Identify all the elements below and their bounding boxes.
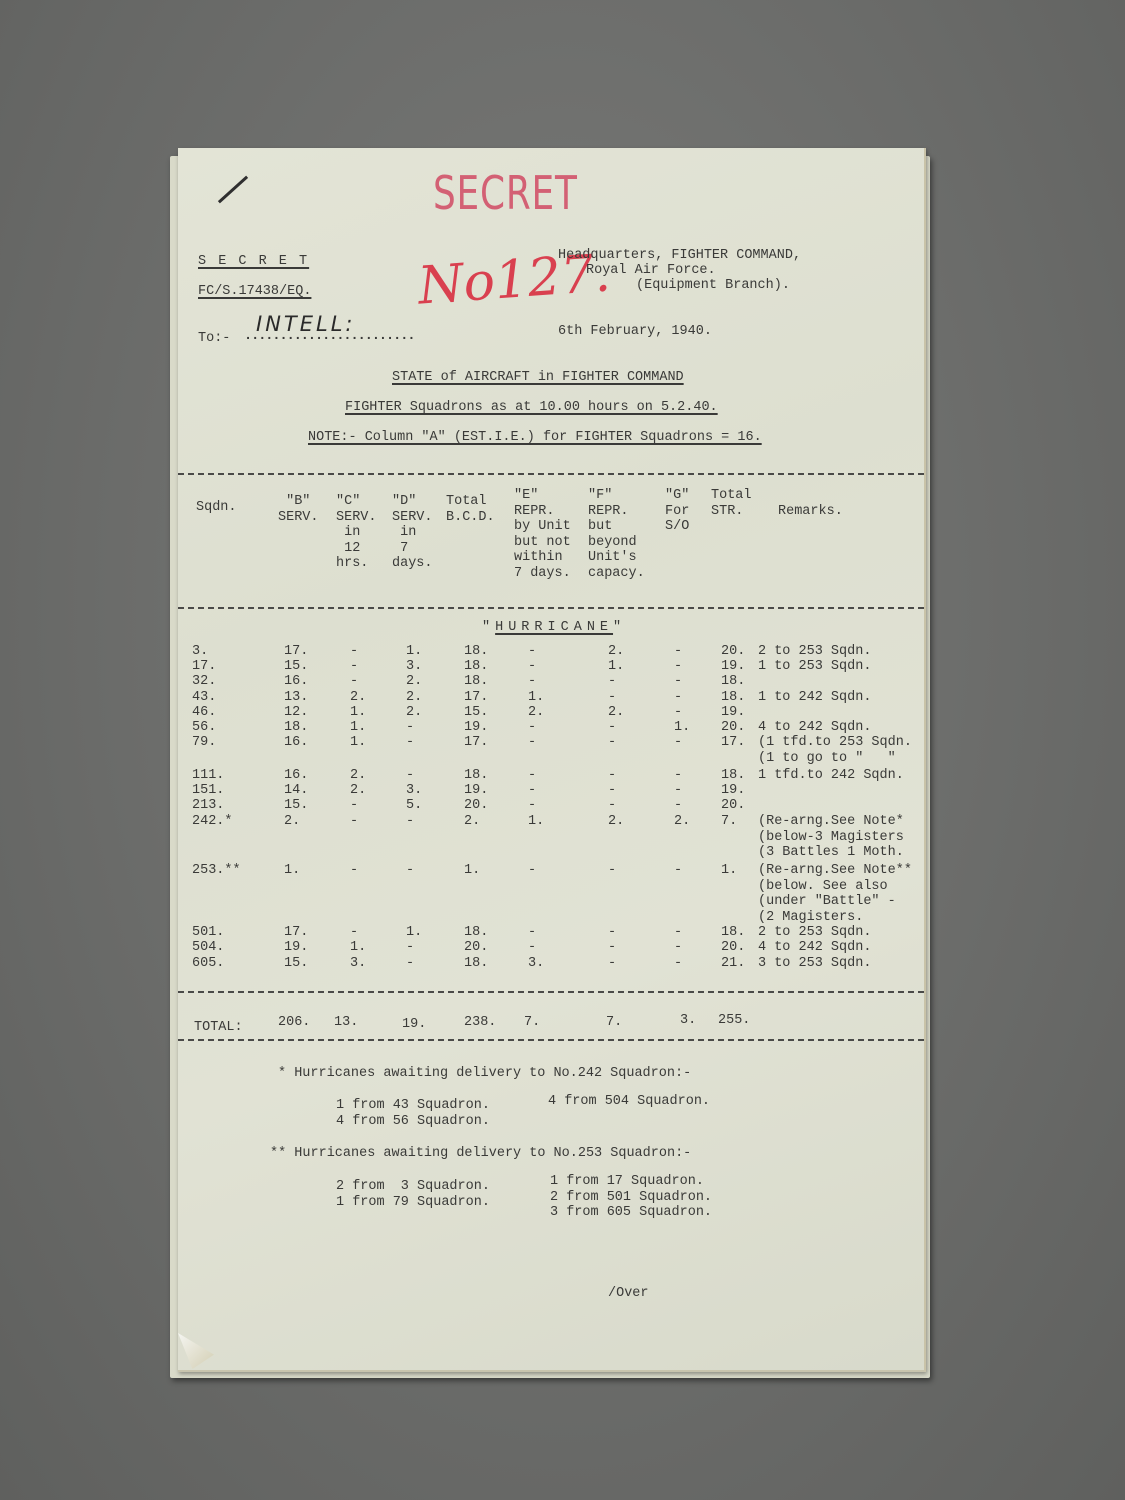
total-b: 206. <box>278 1015 310 1031</box>
header-c: "C" SERV. in 12 hrs. <box>336 494 377 572</box>
cell-c: 1. <box>350 705 366 721</box>
cell-sqdn: 3. <box>192 644 208 660</box>
cell-str: 19. <box>721 705 745 721</box>
cell-c: 1. <box>350 940 366 956</box>
cell-c: 2. <box>350 690 366 706</box>
hq-line-3: (Equipment Branch). <box>636 278 790 294</box>
cell-e: - <box>528 798 536 814</box>
cell-c: - <box>350 644 358 660</box>
cell-b: 19. <box>284 940 308 956</box>
cell-g: - <box>674 644 682 660</box>
cell-sqdn: 56. <box>192 720 216 736</box>
cell-remarks: (Re-arng.See Note** (below. See also (un… <box>758 863 912 925</box>
cell-f: - <box>608 940 616 956</box>
cell-bcd: 18. <box>464 659 488 675</box>
handwritten-recipient: INTELL: <box>256 312 355 336</box>
cell-c: 2. <box>350 783 366 799</box>
cell-f: - <box>608 720 616 736</box>
cell-str: 19. <box>721 783 745 799</box>
cell-b: 16. <box>284 674 308 690</box>
cell-g: - <box>674 690 682 706</box>
note1-col2: 4 from 504 Squadron. <box>548 1094 710 1110</box>
cell-e: 1. <box>528 814 544 830</box>
section-title-text: HURRICANE <box>495 620 613 635</box>
classification-label: S E C R E T <box>198 254 309 270</box>
cell-sqdn: 213. <box>192 798 224 814</box>
cell-g: - <box>674 735 682 751</box>
total-top-rule <box>178 991 924 993</box>
hq-line-2: Royal Air Force. <box>586 263 716 279</box>
cell-c: - <box>350 798 358 814</box>
note2-col2: 1 from 17 Squadron. 2 from 501 Squadron.… <box>550 1174 712 1221</box>
cell-f: - <box>608 783 616 799</box>
cell-d: - <box>406 940 414 956</box>
cell-c: 2. <box>350 768 366 784</box>
cell-g: 1. <box>674 720 690 736</box>
cell-c: 3. <box>350 956 366 972</box>
cell-f: - <box>608 768 616 784</box>
header-total-bcd: Total B.C.D. <box>446 494 495 525</box>
cell-d: 2. <box>406 674 422 690</box>
cell-sqdn: 605. <box>192 956 224 972</box>
cell-sqdn: 501. <box>192 925 224 941</box>
cell-c: - <box>350 674 358 690</box>
cell-b: 15. <box>284 659 308 675</box>
cell-str: 20. <box>721 940 745 956</box>
cell-remarks: 2 to 253 Sqdn. <box>758 925 871 941</box>
total-e: 7. <box>524 1015 540 1031</box>
cell-str: 7. <box>721 814 737 830</box>
cell-b: 17. <box>284 644 308 660</box>
cell-str: 21. <box>721 956 745 972</box>
cell-g: - <box>674 940 682 956</box>
cell-g: - <box>674 674 682 690</box>
note2-col1: 2 from 3 Squadron. 1 from 79 Squadron. <box>336 1179 490 1210</box>
cell-b: 18. <box>284 720 308 736</box>
cell-f: - <box>608 690 616 706</box>
cell-sqdn: 253.** <box>192 863 241 879</box>
note1-col1: 1 from 43 Squadron. 4 from 56 Squadron. <box>336 1098 490 1129</box>
cell-remarks: 1 to 242 Sqdn. <box>758 690 871 706</box>
to-label: To:- <box>198 331 230 347</box>
cell-remarks: 1 tfd.to 242 Sqdn. <box>758 768 904 784</box>
cell-f: - <box>608 956 616 972</box>
total-c: 13. <box>334 1015 358 1031</box>
cell-sqdn: 79. <box>192 735 216 751</box>
secret-stamp: SECRET <box>433 166 578 220</box>
cell-d: 3. <box>406 659 422 675</box>
cell-d: 2. <box>406 690 422 706</box>
cell-str: 18. <box>721 674 745 690</box>
cell-bcd: 15. <box>464 705 488 721</box>
cell-b: 16. <box>284 768 308 784</box>
cell-str: 20. <box>721 798 745 814</box>
cell-sqdn: 32. <box>192 674 216 690</box>
cell-e: - <box>528 783 536 799</box>
cell-b: 13. <box>284 690 308 706</box>
cell-b: 2. <box>284 814 300 830</box>
cell-str: 1. <box>721 863 737 879</box>
table-top-rule <box>178 473 924 475</box>
header-e: "E" REPR. by Unit but not within 7 days. <box>514 488 571 581</box>
cell-str: 19. <box>721 659 745 675</box>
cell-e: 2. <box>528 705 544 721</box>
cell-sqdn: 151. <box>192 783 224 799</box>
header-total-str: Total STR. <box>711 488 752 519</box>
cell-bcd: 18. <box>464 674 488 690</box>
cell-str: 18. <box>721 690 745 706</box>
cell-sqdn: 111. <box>192 768 224 784</box>
cell-g: - <box>674 863 682 879</box>
cell-f: - <box>608 798 616 814</box>
header-b: "B" SERV. <box>278 494 319 525</box>
note2-title: ** Hurricanes awaiting delivery to No.25… <box>270 1146 691 1162</box>
cell-d: - <box>406 956 414 972</box>
cell-e: - <box>528 659 536 675</box>
pencil-slash-mark <box>218 176 248 204</box>
cell-f: 2. <box>608 705 624 721</box>
cell-bcd: 20. <box>464 940 488 956</box>
cell-c: - <box>350 659 358 675</box>
cell-b: 15. <box>284 956 308 972</box>
cell-remarks: 4 to 242 Sqdn. <box>758 940 871 956</box>
cell-sqdn: 242.* <box>192 814 233 830</box>
cell-bcd: 19. <box>464 720 488 736</box>
cell-c: 1. <box>350 735 366 751</box>
document-note: NOTE:- Column "A" (EST.I.E.) for FIGHTER… <box>308 430 762 446</box>
cell-f: - <box>608 674 616 690</box>
document-subtitle: FIGHTER Squadrons as at 10.00 hours on 5… <box>345 400 718 416</box>
cell-e: - <box>528 644 536 660</box>
document-date: 6th February, 1940. <box>558 324 712 340</box>
cell-bcd: 1. <box>464 863 480 879</box>
cell-f: 2. <box>608 644 624 660</box>
cell-remarks: 4 to 242 Sqdn. <box>758 720 871 736</box>
cell-g: - <box>674 783 682 799</box>
cell-remarks: 2 to 253 Sqdn. <box>758 644 871 660</box>
cell-bcd: 18. <box>464 956 488 972</box>
cell-bcd: 19. <box>464 783 488 799</box>
cell-f: - <box>608 735 616 751</box>
cell-e: 3. <box>528 956 544 972</box>
total-g: 3. <box>680 1013 696 1029</box>
total-d: 19. <box>402 1017 426 1033</box>
cell-c: - <box>350 863 358 879</box>
cell-d: - <box>406 814 414 830</box>
cell-bcd: 18. <box>464 644 488 660</box>
total-label: TOTAL: <box>194 1020 243 1036</box>
header-d: "D" SERV. in 7 days. <box>392 494 433 572</box>
header-g: "G" For S/O <box>665 488 689 535</box>
cell-remarks: (1 tfd.to 253 Sqdn. (1 to go to " " <box>758 735 912 766</box>
cell-bcd: 17. <box>464 690 488 706</box>
cell-f: 2. <box>608 814 624 830</box>
cell-sqdn: 504. <box>192 940 224 956</box>
total-f: 7. <box>606 1015 622 1031</box>
cell-d: 1. <box>406 644 422 660</box>
section-title: "HURRICANE" <box>482 620 626 636</box>
cell-remarks: 1 to 253 Sqdn. <box>758 659 871 675</box>
cell-c: - <box>350 925 358 941</box>
cell-g: - <box>674 768 682 784</box>
cell-e: - <box>528 674 536 690</box>
cell-sqdn: 46. <box>192 705 216 721</box>
cell-f: - <box>608 863 616 879</box>
cell-e: - <box>528 768 536 784</box>
total-bottom-rule <box>178 1039 924 1041</box>
cell-bcd: 18. <box>464 768 488 784</box>
cell-remarks: 3 to 253 Sqdn. <box>758 956 871 972</box>
cell-b: 12. <box>284 705 308 721</box>
cell-d: - <box>406 735 414 751</box>
total-str: 255. <box>718 1013 750 1029</box>
cell-d: - <box>406 720 414 736</box>
cell-d: 1. <box>406 925 422 941</box>
cell-g: - <box>674 925 682 941</box>
cell-e: - <box>528 863 536 879</box>
note1-title: * Hurricanes awaiting delivery to No.242… <box>278 1066 691 1082</box>
cell-str: 20. <box>721 720 745 736</box>
cell-bcd: 2. <box>464 814 480 830</box>
total-bcd: 238. <box>464 1015 496 1031</box>
cell-e: 1. <box>528 690 544 706</box>
cell-bcd: 18. <box>464 925 488 941</box>
cell-str: 20. <box>721 644 745 660</box>
cell-b: 14. <box>284 783 308 799</box>
header-sqdn: Sqdn. <box>196 500 237 516</box>
cell-c: - <box>350 814 358 830</box>
cell-g: - <box>674 659 682 675</box>
cell-f: - <box>608 925 616 941</box>
cell-e: - <box>528 925 536 941</box>
over-marker: /Over <box>608 1286 649 1302</box>
cell-d: 3. <box>406 783 422 799</box>
hq-line-1: Headquarters, FIGHTER COMMAND, <box>558 248 801 264</box>
reference-number: FC/S.17438/EQ. <box>198 284 311 300</box>
cell-bcd: 17. <box>464 735 488 751</box>
header-f: "F" REPR. but beyond Unit's capacy. <box>588 488 645 581</box>
cell-b: 16. <box>284 735 308 751</box>
header-bottom-rule <box>178 607 924 609</box>
cell-e: - <box>528 940 536 956</box>
cell-g: - <box>674 705 682 721</box>
cell-d: - <box>406 768 414 784</box>
cell-g: 2. <box>674 814 690 830</box>
document-page: SECRET No127. S E C R E T FC/S.17438/EQ.… <box>178 148 926 1372</box>
cell-g: - <box>674 956 682 972</box>
cell-b: 15. <box>284 798 308 814</box>
cell-c: 1. <box>350 720 366 736</box>
cell-d: - <box>406 863 414 879</box>
cell-str: 18. <box>721 768 745 784</box>
cell-sqdn: 43. <box>192 690 216 706</box>
cell-str: 17. <box>721 735 745 751</box>
cell-b: 17. <box>284 925 308 941</box>
document-title: STATE of AIRCRAFT in FIGHTER COMMAND <box>392 370 684 386</box>
cell-bcd: 20. <box>464 798 488 814</box>
cell-e: - <box>528 720 536 736</box>
cell-g: - <box>674 798 682 814</box>
cell-b: 1. <box>284 863 300 879</box>
cell-str: 18. <box>721 925 745 941</box>
folded-corner <box>178 1333 214 1369</box>
cell-e: - <box>528 735 536 751</box>
cell-sqdn: 17. <box>192 659 216 675</box>
cell-d: 2. <box>406 705 422 721</box>
cell-d: 5. <box>406 798 422 814</box>
cell-remarks: (Re-arng.See Note* (below-3 Magisters (3… <box>758 814 904 861</box>
cell-f: 1. <box>608 659 624 675</box>
header-remarks: Remarks. <box>778 504 843 520</box>
